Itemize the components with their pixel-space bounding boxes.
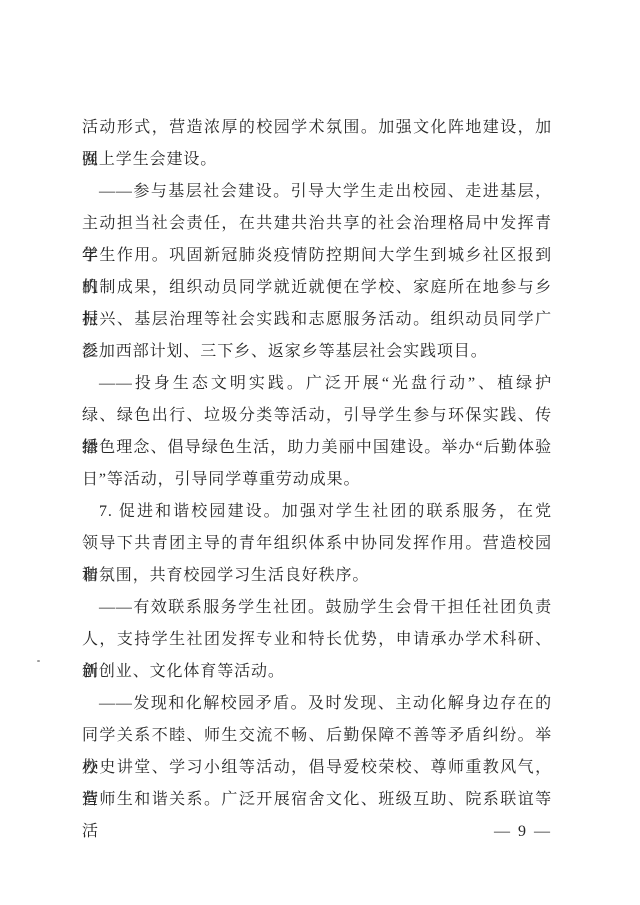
text-line: ——发现和化解校园矛盾。及时发现、主动化解身边存在的 — [82, 688, 552, 720]
text-line: 学生作用。巩固新冠肺炎疫情防控期间大学生到城乡社区报到的 — [82, 240, 552, 272]
text-line: 人，支持学生社团发挥专业和特长优势，申请承办学术科研、创 — [82, 624, 552, 656]
scan-speck — [37, 660, 40, 662]
text-line: 网上学生会建设。 — [82, 144, 552, 176]
document-page: 活动形式，营造浓厚的校园学术氛围。加强文化阵地建设，加强网上学生会建设。——参与… — [0, 0, 640, 905]
text-line: 振兴、基层治理等社会实践和志愿服务活动。组织动员同学广泛 — [82, 304, 552, 336]
text-line: 主动担当社会责任，在共建共治共享的社会治理格局中发挥青年 — [82, 208, 552, 240]
text-line: 谐氛围，共育校园学习生活良好秩序。 — [82, 560, 552, 592]
text-line: 新创业、文化体育等活动。 — [82, 656, 552, 688]
text-line: 领导下共青团主导的青年组织体系中协同发挥作用。营造校园和 — [82, 528, 552, 560]
text-line: 活动形式，营造浓厚的校园学术氛围。加强文化阵地建设，加强 — [82, 112, 552, 144]
text-line: ——投身生态文明实践。广泛开展“光盘行动”、植绿护 — [82, 368, 552, 400]
text-line: 日”等活动，引导同学尊重劳动成果。 — [82, 464, 552, 496]
text-line: 绿、绿色出行、垃圾分类等活动，引导学生参与环保实践、传播 — [82, 400, 552, 432]
text-line: 绿色理念、倡导绿色生活，助力美丽中国建设。举办“后勤体验 — [82, 432, 552, 464]
text-line: 造师生和谐关系。广泛开展宿舍文化、班级互助、院系联谊等活 — [82, 784, 552, 816]
text-line: ——参与基层社会建设。引导大学生走出校园、走进基层， — [82, 176, 552, 208]
page-number: — 9 — — [82, 816, 552, 848]
text-line: ——有效联系服务学生社团。鼓励学生会骨干担任社团负责 — [82, 592, 552, 624]
text-line: 参加西部计划、三下乡、返家乡等基层社会实践项目。 — [82, 336, 552, 368]
text-line: 机制成果，组织动员同学就近就便在学校、家庭所在地参与乡村 — [82, 272, 552, 304]
text-line: 校史讲堂、学习小组等活动，倡导爱校荣校、尊师重教风气，营 — [82, 752, 552, 784]
text-line: 同学关系不睦、师生交流不畅、后勤保障不善等矛盾纠纷。举办 — [82, 720, 552, 752]
document-body: 活动形式，营造浓厚的校园学术氛围。加强文化阵地建设，加强网上学生会建设。——参与… — [82, 112, 552, 816]
text-line: 7. 促进和谐校园建设。加强对学生社团的联系服务，在党 — [82, 496, 552, 528]
